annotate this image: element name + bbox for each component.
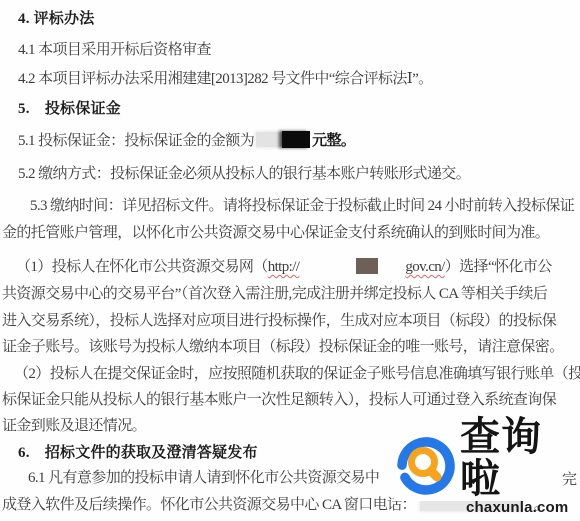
para-5-3-line1: 5.3 缴纳时间：详见招标文件。请将投标保证金于投标截止时间 24 小时前转入投… [30, 196, 574, 216]
item-1-line1-pre: （1）投标人在怀化市公共资源交易网（ [16, 259, 268, 275]
scanned-tender-document: { "doc": { "h4": "4. 评标办法", "p41": "4.1 … [0, 0, 580, 521]
item-1-line4: 证金子账号。该账号为投标人缴纳本项目（标段）投标保证金的唯一账号，请注意保密。 [2, 337, 564, 357]
item-2-line1: （2）投标人在提交保证金时，应按照随机获取的保证金子账号信息准确填写银行账单（投 [14, 364, 580, 384]
logo-text: 查询啦 chaxunla.com [460, 416, 580, 516]
redaction-url [356, 258, 378, 274]
magnifier-logo-icon [394, 434, 458, 498]
para-5-1: 5.1 投标保证金：投标保证金的金额为元整。 [18, 131, 355, 151]
item-1-line1: （1）投标人在怀化市公共资源交易网（http://gov.cn/）选择“怀化市公 [16, 257, 552, 277]
para-4-2: 4.2 本项目评标办法采用湘建建[2013]282 号文件中“综合评标法Ⅰ”。 [18, 69, 433, 89]
para-6-1-line1: 6.1 凡有意参加的投标申请人请到怀化市公共资源交易中 [28, 468, 379, 488]
para-5-1-bold: 元整。 [312, 133, 355, 149]
heading-section-4: 4. 评标办法 [18, 9, 94, 29]
chaxunla-watermark: 查询啦 chaxunla.com [394, 431, 580, 501]
para-5-2: 5.2 缴纳方式：投标保证金必须从投标人的银行基本账户转账形式递交。 [18, 164, 470, 184]
item-1-line2: 共资源交易中心的交易平台”（首次登入需注册,完成注册并绑定投标人 CA 等相关手… [2, 284, 547, 304]
para-6-1-line1-tail: 完 [562, 470, 576, 490]
item-1-line1-post: ）选择“怀化市公 [445, 259, 552, 275]
url-tail: gov.cn/ [405, 259, 444, 275]
redaction-amount-light [256, 132, 282, 147]
para-4-1: 4.1 本项目采用开标后资格审查 [18, 40, 211, 60]
redaction-amount-dark [282, 131, 310, 148]
item-2-line2: 标保证金只能从投标人的银行基本账户一次性足额转入），投标人可通过登入系统查询保 [2, 390, 556, 410]
para-5-1-text: 5.1 投标保证金：投标保证金的金额为 [18, 133, 254, 149]
brand-domain: chaxunla.com [466, 500, 580, 516]
heading-section-6: 6. 招标文件的获取及澄清答疑发布 [18, 443, 258, 463]
item-1-line3: 进入交易系统），投标人选择对应项目进行投标操作，生成对应本项目（标段）的投标保 [2, 311, 556, 331]
para-5-3-line2: 金的托管账户管理，以怀化市公共资源交易中心保证金支付系统确认的到账时间为准。 [2, 223, 549, 243]
url-scheme: http:// [268, 259, 300, 275]
heading-section-5: 5. 投标保证金 [18, 99, 121, 119]
item-2-line3: 证金到账及退还情况。 [2, 416, 146, 436]
para-6-1-line2-text: 成登入软件及后续操作。怀化市公共资源交易中心 CA 窗口电话： [2, 497, 416, 513]
